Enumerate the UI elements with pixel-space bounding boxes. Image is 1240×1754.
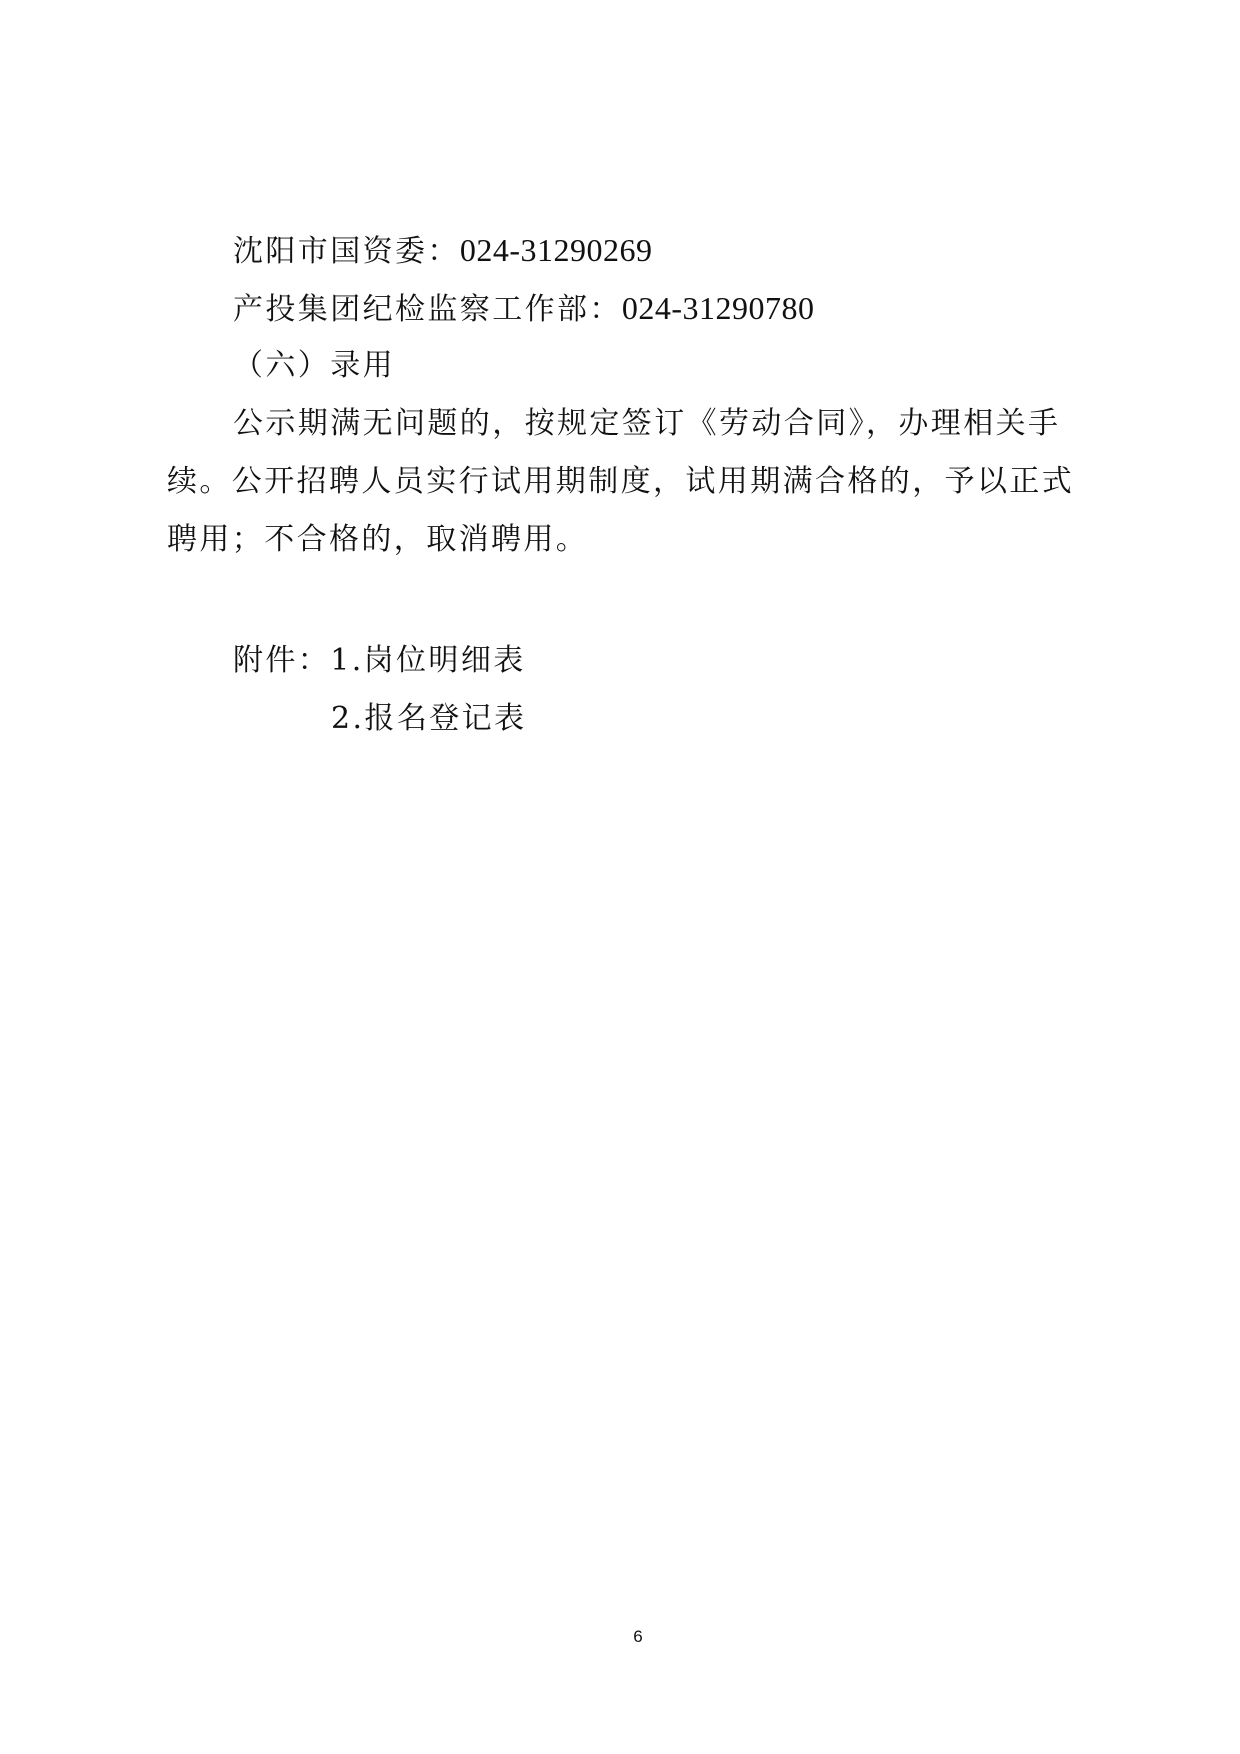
- contact-phone: 024-31290780: [622, 290, 815, 326]
- paragraph-line: 续。公开招聘人员实行试用期制度，试用期满合格的，予以正式: [167, 464, 1074, 500]
- contact-line-discipline-dept: 产投集团纪检监察工作部：024-31290780: [233, 290, 814, 328]
- attachments-line-1: 附件：1.岗位明细表: [233, 643, 526, 679]
- paragraph-line: 聘用；不合格的，取消聘用。: [167, 522, 588, 558]
- page-number: 6: [630, 1626, 646, 1648]
- attachment-item: 1.岗位明细表: [330, 643, 525, 678]
- contact-line-sasac: 沈阳市国资委：024-31290269: [233, 232, 652, 270]
- section-heading: （六）录用: [233, 348, 395, 384]
- attachment-item: 2.报名登记表: [331, 701, 526, 736]
- contact-label: 产投集团纪检监察工作部：: [233, 292, 622, 327]
- document-page: 沈阳市国资委：024-31290269 产投集团纪检监察工作部：024-3129…: [0, 0, 1240, 1754]
- attachments-line-2: 2.报名登记表: [331, 701, 526, 737]
- contact-label: 沈阳市国资委：: [233, 234, 460, 269]
- paragraph-line: 公示期满无问题的，按规定签订《劳动合同》，办理相关手: [233, 406, 1060, 442]
- contact-phone: 024-31290269: [460, 232, 653, 268]
- attachments-label: 附件：: [233, 643, 330, 678]
